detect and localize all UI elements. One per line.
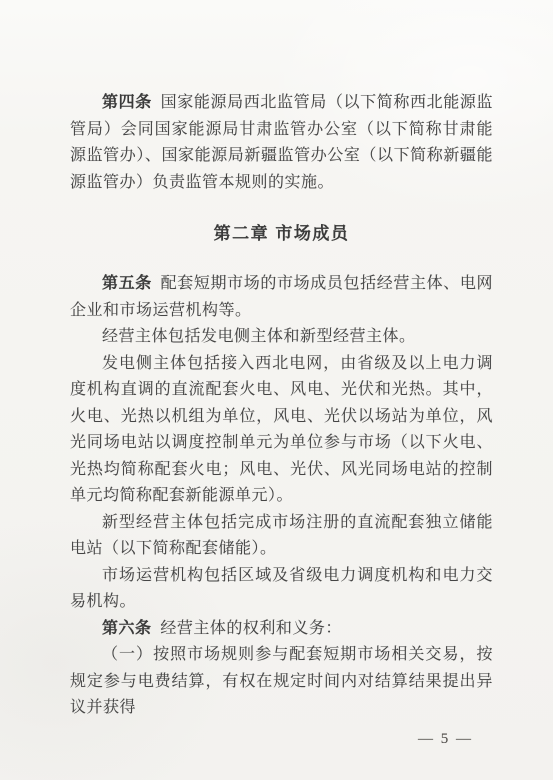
article-5-paragraph: 第五条配套短期市场的市场成员包括经营主体、电网企业和市场运营机构等。 [70,271,493,324]
article-6-paragraph: 第六条经营主体的权利和义务： [70,616,493,643]
article-4-paragraph: 第四条国家能源局西北监管局（以下简称西北能源监管局）会同国家能源局甘肃监管办公室… [70,90,493,196]
clause-1-paragraph: （一）按照市场规则参与配套短期市场相关交易，按规定参与电费结算，有权在规定时间内… [70,642,493,722]
market-operators-paragraph: 市场运营机构包括区域及省级电力调度机构和电力交易机构。 [70,563,493,616]
chapter-2-heading: 第二章 市场成员 [70,220,493,247]
scanned-document-page: 第四条国家能源局西北监管局（以下简称西北能源监管局）会同国家能源局甘肃监管办公室… [0,0,553,780]
generation-side-paragraph: 发电侧主体包括接入西北电网，由省级及以上电力调度机构直调的直流配套火电、风电、光… [70,351,493,510]
article-4-number: 第四条 [102,94,152,111]
article-5-number: 第五条 [102,275,152,292]
article-6-number: 第六条 [102,620,152,637]
new-type-entities-paragraph: 新型经营主体包括完成市场注册的直流配套独立储能电站（以下简称配套储能）。 [70,510,493,563]
article-6-text: 经营主体的权利和义务： [160,620,342,637]
page-content: 第四条国家能源局西北监管局（以下简称西北能源监管局）会同国家能源局甘肃监管办公室… [70,90,493,752]
operating-entities-paragraph: 经营主体包括发电侧主体和新型经营主体。 [70,324,493,351]
page-number: — 5 — [70,726,493,753]
